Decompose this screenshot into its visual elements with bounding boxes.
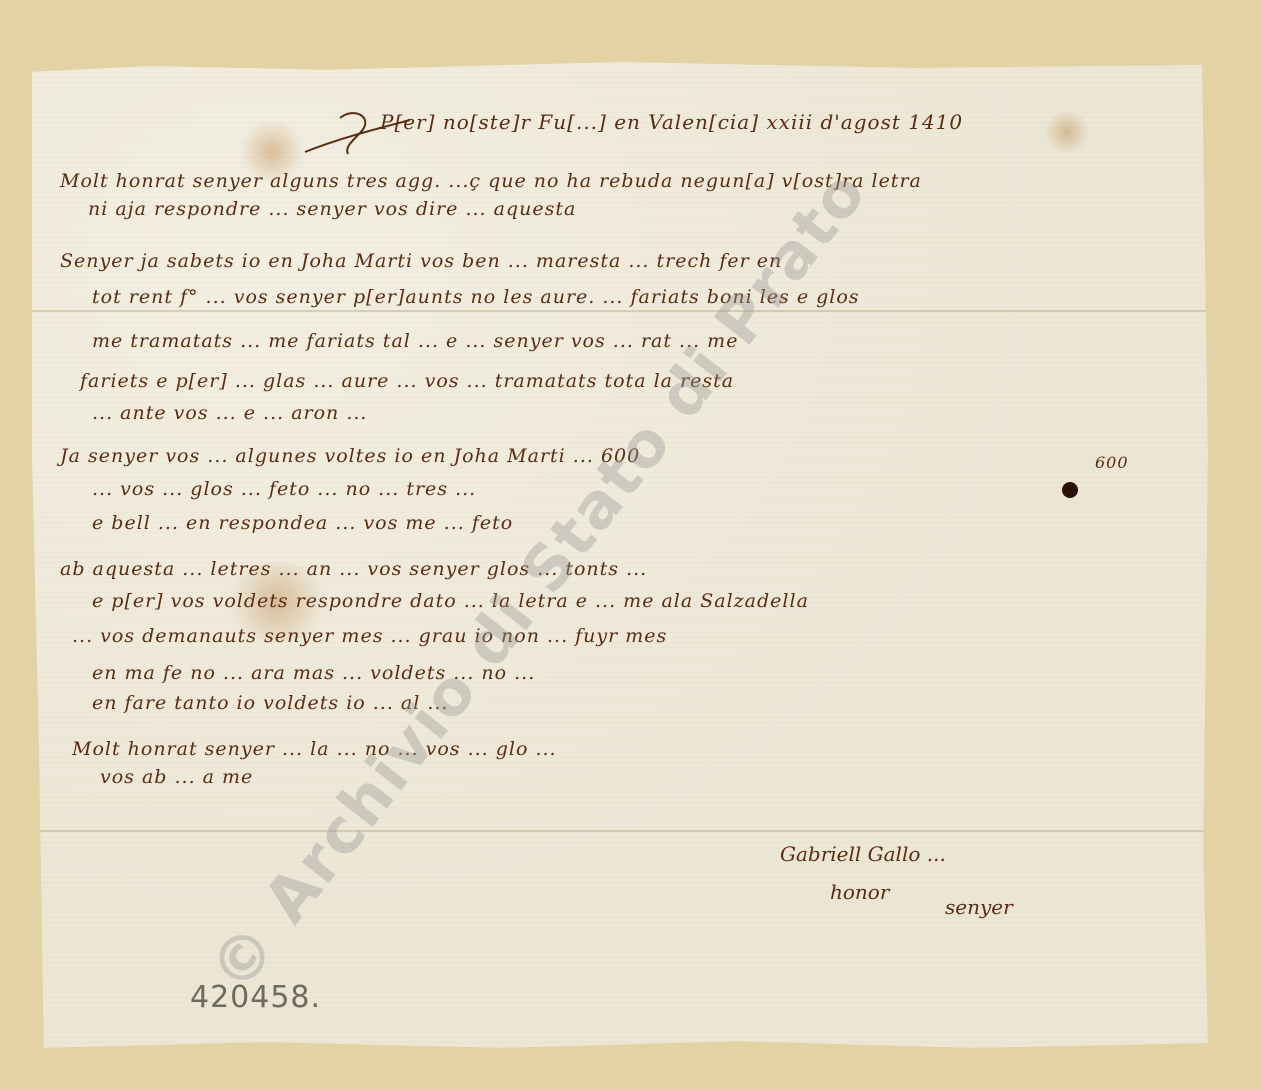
stain [1042, 112, 1092, 152]
body-line: Molt honrat senyer alguns tres agg. ...ç… [60, 170, 922, 192]
body-line: vos ab ... a me [100, 766, 253, 788]
body-line: ... vos ... glos ... feto ... no ... tre… [92, 478, 476, 500]
body-line: e bell ... en respondea ... vos me ... f… [92, 512, 513, 534]
body-line: Molt honrat senyer ... la ... no ... vos… [72, 738, 557, 760]
body-line: ni aja respondre ... senyer vos dire ...… [88, 198, 576, 220]
signature-name: Gabriell Gallo ... [780, 842, 946, 866]
body-line: me tramatats ... me fariats tal ... e ..… [92, 330, 738, 352]
margin-number: 600 [1095, 453, 1129, 472]
body-line: Senyer ja sabets io en Joha Marti vos be… [60, 250, 782, 272]
fold-line [32, 310, 1208, 312]
body-line: fariets e p[er] ... glas ... aure ... vo… [80, 370, 734, 392]
letter-heading: P[er] no[ste]r Fu[...] en Valen[cia] xxi… [380, 110, 963, 134]
signature-line3: senyer [945, 895, 1013, 919]
body-line: Ja senyer vos ... algunes voltes io en J… [60, 445, 640, 467]
fold-line [32, 830, 1208, 832]
ink-blot [1062, 482, 1078, 498]
body-line: e p[er] vos voldets respondre dato ... l… [92, 590, 809, 612]
signature-line2: honor [830, 880, 889, 904]
body-line: ... vos demanauts senyer mes ... grau io… [72, 625, 667, 647]
body-line: ... ante vos ... e ... aron ... [92, 402, 367, 424]
